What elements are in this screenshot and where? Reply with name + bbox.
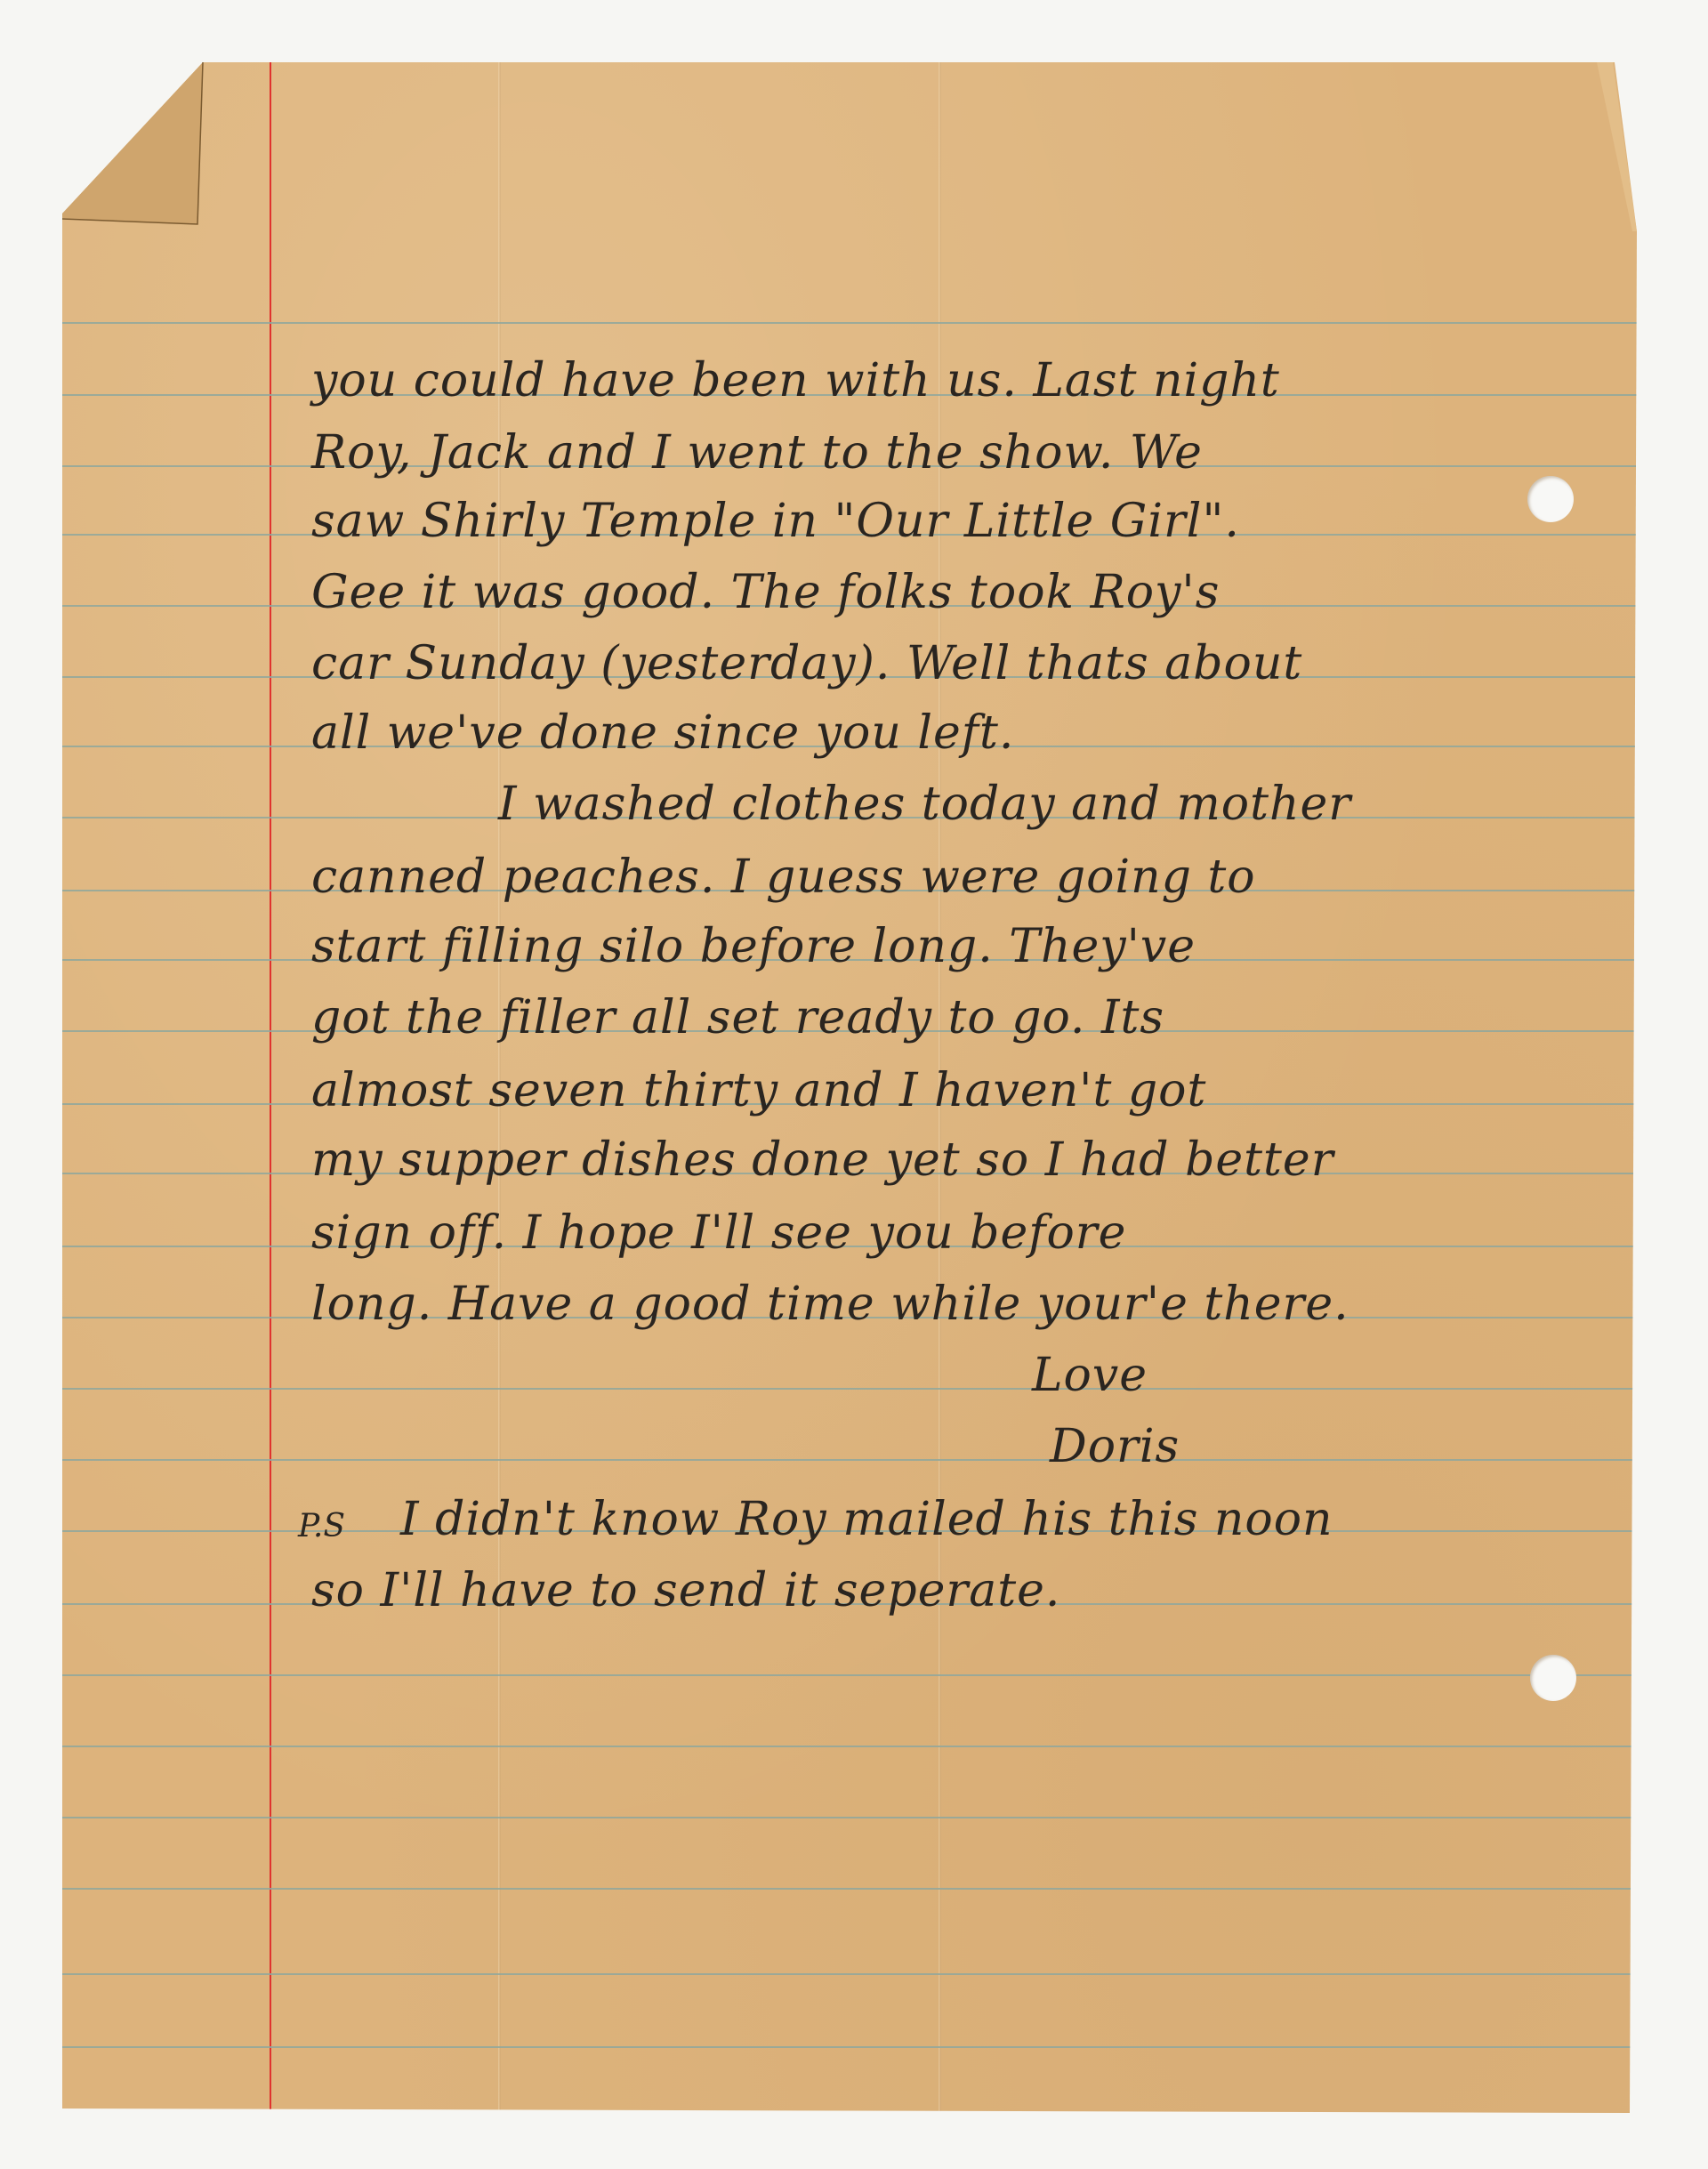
letter-line: my supper dishes done yet so I had bette… (311, 1137, 1334, 1183)
ruled-line (62, 1888, 1637, 1890)
ruled-line (62, 1388, 1637, 1390)
ruled-line (62, 1459, 1637, 1461)
ruled-line (62, 1746, 1637, 1747)
postscript-label: P.S (298, 1508, 345, 1544)
letter-line: you could have been with us. Last night (311, 358, 1280, 404)
letter-closing: Love (1032, 1352, 1148, 1399)
ruled-line (62, 322, 1637, 324)
punch-hole (1527, 476, 1574, 522)
letter-signature: Doris (1050, 1423, 1180, 1470)
letter-line: car Sunday (yesterday). Well thats about (311, 641, 1302, 687)
folded-corner-edge (62, 62, 213, 231)
letter-line: Roy, Jack and I went to the show. We (311, 430, 1203, 476)
letter-line: start filling silo before long. They've (311, 923, 1196, 970)
letter-line: got the filler all set ready to go. Its (311, 995, 1164, 1041)
letter-line: almost seven thirty and I haven't got (311, 1068, 1206, 1114)
letter-line: Gee it was good. The folks took Roy's (311, 569, 1220, 616)
ruled-line (62, 1817, 1637, 1818)
letter-line: all we've done since you left. (311, 710, 1014, 756)
postscript-line: so I'll have to send it seperate. (311, 1568, 1060, 1614)
ruled-line (62, 1973, 1637, 1975)
letter-line: long. Have a good time while your'e ther… (311, 1281, 1349, 1327)
letter-line: I washed clothes today and mother (498, 781, 1351, 827)
letter-line: saw Shirly Temple in "Our Little Girl". (311, 498, 1240, 544)
letter-line: sign off. I hope I'll see you before (311, 1210, 1126, 1256)
red-margin-line (270, 62, 271, 2113)
postscript-line: I didn't know Roy mailed his this noon (400, 1496, 1333, 1543)
ruled-line (62, 2046, 1637, 2048)
punch-hole (1530, 1655, 1576, 1701)
letter-line: canned peaches. I guess were going to (311, 854, 1256, 900)
ruled-line (62, 1674, 1637, 1676)
